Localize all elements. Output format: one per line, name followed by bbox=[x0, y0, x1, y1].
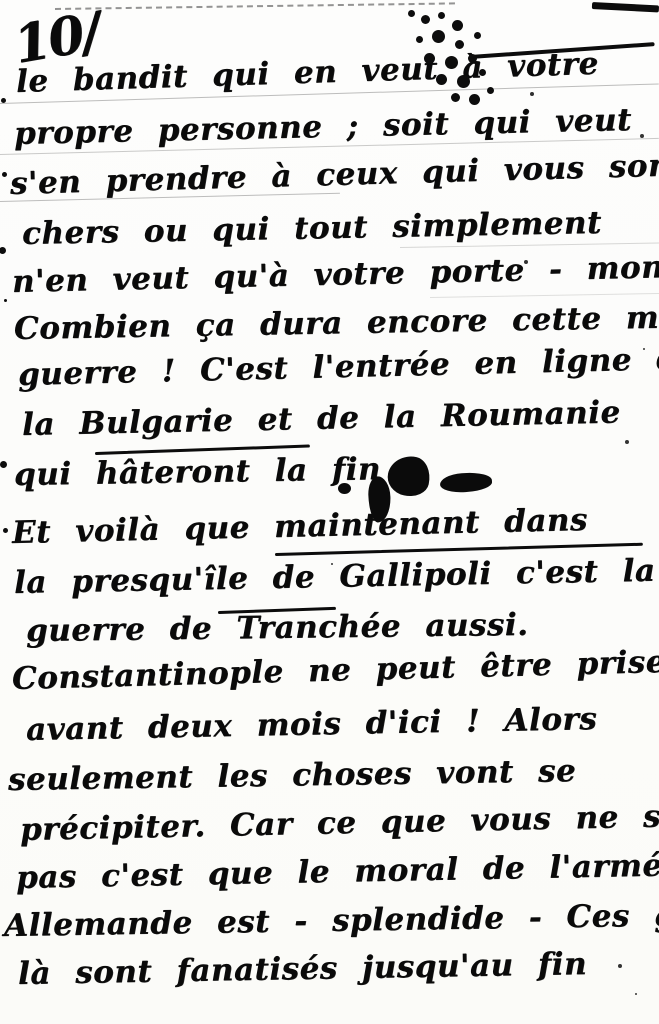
handwriting-line: Constantinople ne peut être prise bbox=[12, 644, 659, 697]
handwriting-line: guerre de Tranchée aussi. bbox=[26, 607, 529, 649]
handwriting-line: propre personne ; soit qui veut bbox=[14, 102, 633, 152]
ruled-line bbox=[430, 293, 659, 298]
handwriting-line: n'en veut qu'à votre porte - monnaie bbox=[12, 247, 659, 300]
handwriting-line: Et voilà que maintenant dans bbox=[12, 502, 589, 551]
handwriting-line: seulement les choses vont se bbox=[8, 753, 577, 798]
handwriting-line: précipiter. Car ce que vous ne savez bbox=[20, 797, 659, 848]
handwriting-line: pas c'est que le moral de l'armée bbox=[16, 847, 659, 896]
ink-dot bbox=[338, 483, 351, 494]
handwritten-letter-page: 10/ le bandit qui en veut à votre propre… bbox=[0, 0, 659, 1024]
ink-stroke-top-right bbox=[592, 2, 659, 12]
handwriting-line: guerre ! C'est l'entrée en ligne de bbox=[18, 340, 659, 393]
ruled-line bbox=[55, 2, 455, 10]
ink-smudge-dash bbox=[439, 471, 492, 494]
handwriting-line: la presqu'île de Gallipoli c'est la bbox=[14, 553, 656, 601]
handwriting-line: Allemande est - splendide - Ces gens bbox=[4, 896, 659, 944]
ink-speckles-scattered bbox=[530, 92, 534, 96]
ink-speckles-cluster bbox=[408, 10, 415, 17]
handwriting-line: la Bulgarie et de la Roumanie bbox=[22, 394, 621, 443]
handwriting-line: Combien ça dura encore cette maudite bbox=[14, 298, 659, 347]
handwriting-line: qui hâteront la fin : bbox=[14, 451, 418, 493]
handwriting-line: là sont fanatisés jusqu'au fin bbox=[18, 946, 588, 992]
handwriting-line: avant deux mois d'ici ! Alors bbox=[26, 701, 598, 748]
ink-speckles-left-edge bbox=[1, 98, 6, 103]
